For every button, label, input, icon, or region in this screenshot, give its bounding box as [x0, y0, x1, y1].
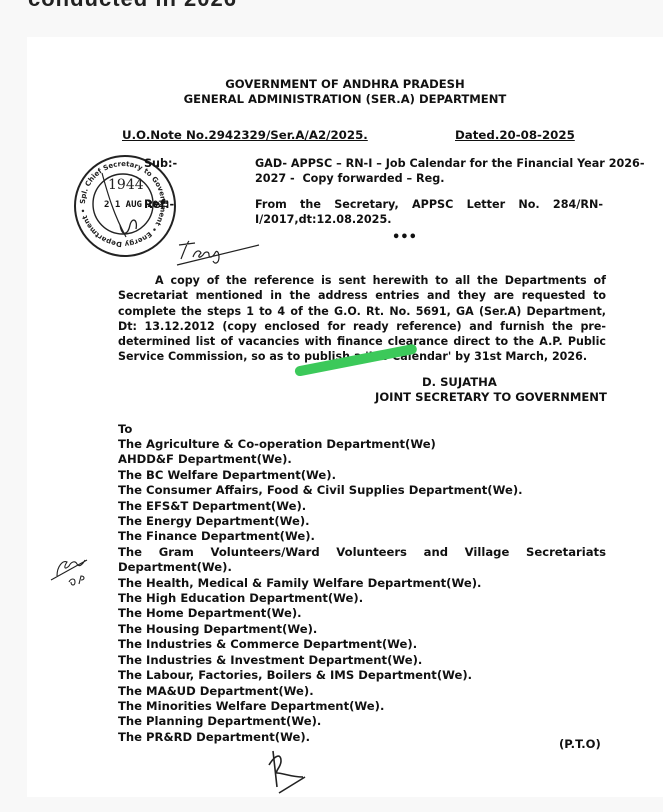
addressee-item: The Labour, Factories, Boilers & IMS Dep… — [118, 668, 606, 683]
top-caption: conducted in 2026 — [28, 0, 237, 12]
addressee-item: The BC Welfare Department(We). — [118, 468, 606, 483]
reference-label: Ref:- — [144, 197, 174, 212]
addressee-item: The Energy Department(We). — [118, 514, 606, 529]
reference-line-1: From the Secretary, APPSC Letter No. 284… — [255, 197, 603, 212]
addressee-item: The Home Department(We). — [118, 606, 606, 621]
reference-line-2: I/2017,dt:12.08.2025. — [255, 213, 392, 226]
addressee-item: The Industries & Commerce Department(We)… — [118, 637, 606, 652]
subject-line-1: GAD- APPSC – RN-I – Job Calendar for the… — [255, 156, 603, 171]
note-date: Dated.20-08-2025 — [455, 128, 575, 143]
subject-line-2: 2027 - Copy forwarded – Reg. — [255, 171, 603, 186]
document-page: GOVERNMENT OF ANDHRA PRADESH GENERAL ADM… — [27, 37, 663, 797]
bottom-signature-icon — [265, 747, 325, 797]
addressee-item: Department(We). — [118, 560, 606, 575]
signatory-title: JOINT SECRETARY TO GOVERNMENT — [375, 390, 607, 405]
handwritten-initials-icon — [175, 235, 265, 267]
addressee-item: The Housing Department(We). — [118, 622, 606, 637]
body-paragraph-text: A copy of the reference is sent herewith… — [118, 274, 606, 363]
header-government: GOVERNMENT OF ANDHRA PRADESH — [27, 77, 663, 92]
addressee-item: The EFS&T Department(We). — [118, 499, 606, 514]
subject-label: Sub:- — [144, 156, 177, 171]
addressee-item: AHDD&F Department(We). — [118, 452, 606, 467]
addressee-item: The High Education Department(We). — [118, 591, 606, 606]
reference-text: From the Secretary, APPSC Letter No. 284… — [255, 197, 603, 228]
svg-text:1944: 1944 — [108, 177, 144, 193]
subject-text: GAD- APPSC – RN-I – Job Calendar for the… — [255, 156, 603, 187]
addressee-item: The Health, Medical & Family Welfare Dep… — [118, 576, 606, 591]
to-label: To — [118, 422, 132, 437]
addressee-item: The Agriculture & Co-operation Departmen… — [118, 437, 606, 452]
addressee-item: The Finance Department(We). — [118, 529, 606, 544]
addressee-item: The Industries & Investment Department(W… — [118, 653, 606, 668]
body-paragraph: A copy of the reference is sent herewith… — [118, 273, 606, 365]
addressee-item: The Gram Volunteers/Ward Volunteers and … — [118, 545, 606, 560]
addressee-item: The Planning Department(We). — [118, 714, 606, 729]
separator-dots: ••• — [392, 230, 417, 245]
note-number: U.O.Note No.2942329/Ser.A/A2/2025. — [122, 128, 368, 143]
addressee-item: The Consumer Affairs, Food & Civil Suppl… — [118, 483, 606, 498]
addressee-list: The Agriculture & Co-operation Departmen… — [118, 437, 606, 745]
please-turn-over: (P.T.O) — [559, 737, 601, 752]
addressee-item: The MA&UD Department(We). — [118, 684, 606, 699]
header-department: GENERAL ADMINISTRATION (SER.A) DEPARTMEN… — [27, 92, 663, 107]
addressee-item: The Minorities Welfare Department(We). — [118, 699, 606, 714]
margin-initials-icon — [47, 550, 97, 588]
addressee-item: The PR&RD Department(We). — [118, 730, 606, 745]
signatory-name: D. SUJATHA — [422, 375, 497, 390]
